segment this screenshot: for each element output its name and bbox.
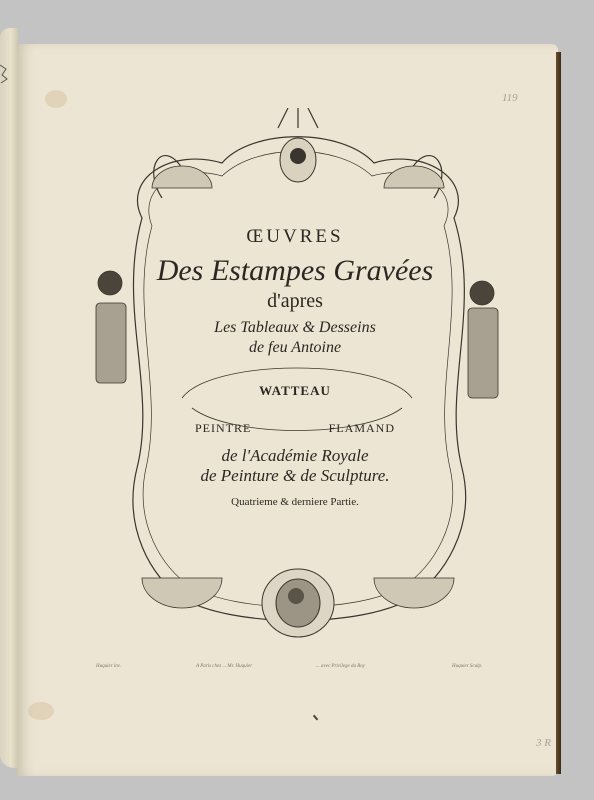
left-page-edge bbox=[0, 28, 18, 768]
title-dapres: d'apres bbox=[120, 290, 470, 313]
title-antoine: de feu Antoine bbox=[120, 339, 470, 357]
foxing-stain bbox=[45, 90, 67, 108]
title-partie: Quatrieme & derniere Partie. bbox=[120, 496, 470, 508]
title-artist-name: WATTEAU bbox=[120, 383, 470, 399]
book-spine-edge bbox=[556, 52, 561, 774]
title-oeuvres: ŒUVRES bbox=[120, 226, 470, 248]
title-tableaux: Les Tableaux & Desseins bbox=[120, 319, 470, 337]
left-page-engraving-fragment bbox=[0, 61, 8, 85]
title-estampes: Des Estampes Gravées bbox=[120, 254, 470, 288]
pencil-mark: 3 R bbox=[536, 737, 551, 749]
foxing-stain bbox=[28, 702, 54, 720]
caption-center-right: ... avec Privilege du Roy bbox=[316, 664, 365, 669]
title-peintre: PEINTRE bbox=[195, 421, 251, 436]
title-peintre-flamand: PEINTRE FLAMAND bbox=[195, 421, 395, 436]
caption-right: Huquier Sculp. bbox=[452, 664, 482, 669]
pencil-folio-number: 119 bbox=[502, 92, 518, 104]
title-flamand: FLAMAND bbox=[329, 421, 395, 436]
title-academie: de l'Académie Royale bbox=[120, 446, 470, 466]
caption-center-left: A Paris chez ... Mr. Huquier bbox=[196, 664, 252, 669]
title-text-block: ŒUVRES Des Estampes Gravées d'apres Les … bbox=[120, 226, 470, 508]
title-peinture-sculpture: de Peinture & de Sculpture. bbox=[120, 466, 470, 486]
caption-left: Huquier inv. bbox=[96, 664, 121, 669]
